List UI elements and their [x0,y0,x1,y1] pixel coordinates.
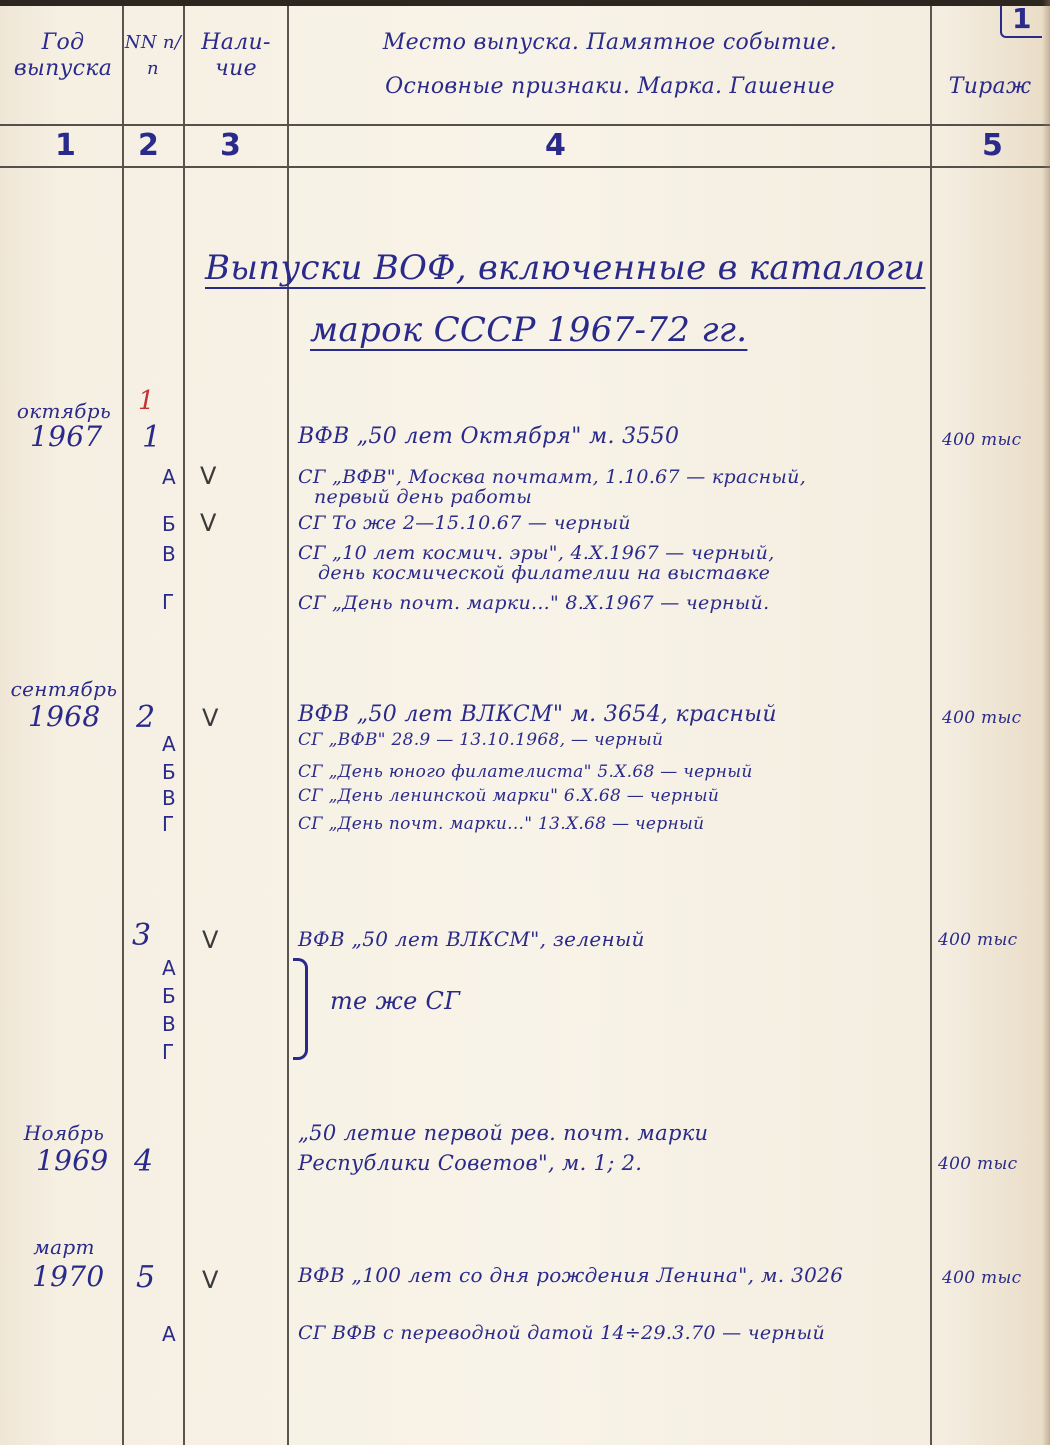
entry-description: ВФВ „50 лет ВЛКСМ" м. 3654, красный [298,704,777,726]
column-number-3: 3 [220,128,241,163]
cancellation-letter: А [162,956,176,980]
availability-check: V [200,462,217,490]
entry-number: 4 [134,1144,153,1179]
section-title-line1: Выпуски ВОФ, включенные в каталоги [205,248,925,288]
entry-print-run: 400 тыс [942,1268,1021,1288]
entry-print-run: 400 тыс [942,430,1021,450]
column-divider [287,6,289,1445]
header-description-line1: Место выпуска. Памятное событие. [290,30,930,56]
cancellation-letter: А [162,465,176,489]
availability-check: V [200,509,217,537]
column-divider [183,6,185,1445]
entry-description-cont: Республики Советов", м. 1; 2. [298,1152,642,1174]
entry-number: 5 [136,1260,155,1295]
page-number: 1 [1012,2,1032,35]
cancellation-letter: В [162,786,176,810]
column-divider [122,6,124,1445]
entry-month: март [10,1234,118,1260]
cancellation-letter: А [162,732,176,756]
cancellation-text-cont: первый день работы [314,486,532,508]
availability-check: V [202,704,219,732]
entry-month: Ноябрь [10,1120,118,1146]
cancellation-text: СГ „День почт. марки..." 8.X.1967 — черн… [298,592,769,614]
column-number-4: 4 [545,128,566,163]
grouped-note: те же СГ [330,990,460,1012]
cancellation-letter: Б [162,984,176,1008]
cancellation-letter: Г [162,1040,175,1064]
entry-month: сентябрь [10,676,118,702]
cancellation-letter: В [162,542,176,566]
entry-year: 1970 [32,1260,104,1293]
entry-description: ВФВ „50 лет Октября" м. 3550 [298,426,679,448]
cancellation-letter: В [162,1012,176,1036]
cancellation-text: СГ „День ленинской марки" 6.X.68 — черны… [298,786,719,806]
entry-print-run: 400 тыс [938,1154,1017,1174]
cancellation-text: СГ „ВФВ" 28.9 — 13.10.1968, — черный [298,730,663,750]
cancellation-text: СГ ВФВ с переводной датой 14÷29.3.70 — ч… [298,1322,825,1344]
entry-year: 1967 [30,420,102,453]
section-title-line2: марок СССР 1967-72 гг. [310,310,747,350]
cancellation-letter: Б [162,512,176,536]
column-divider [930,6,932,1445]
cancellation-text: СГ „ВФВ", Москва почтамт, 1.10.67 — крас… [298,466,806,488]
header-year: Год выпуска [8,30,118,82]
header-number: NN п/п [124,30,182,82]
entry-description: ВФВ „50 лет ВЛКСМ", зеленый [298,928,645,950]
cancellation-letter: А [162,1322,176,1346]
cancellation-text: СГ „День почт. марки..." 13.X.68 — черны… [298,814,704,834]
cancellation-text: СГ „10 лет космич. эры", 4.X.1967 — черн… [298,542,775,564]
cancellation-text: СГ „День юного филателиста" 5.X.68 — чер… [298,762,753,782]
entry-year: 1969 [36,1144,108,1177]
margin-note: 1 [138,386,155,416]
cancellation-letter: Г [162,812,175,836]
header-availability: Нали-чие [186,30,286,82]
notebook-page: Год выпуска NN п/п Нали-чие Место выпуск… [0,0,1050,1445]
availability-check: V [202,1266,219,1294]
header-description-line2: Основные признаки. Марка. Гашение [290,74,930,100]
entry-number: 2 [136,700,155,735]
column-number-5: 5 [982,128,1003,163]
column-number-1: 1 [55,128,76,163]
brace-grouping [293,958,308,1060]
header-rule [0,124,1050,126]
header-print-run: Тираж [934,74,1046,100]
entry-print-run: 400 тыс [942,708,1021,728]
availability-check: V [202,926,219,954]
entry-number: 3 [132,918,151,953]
page-number-box: 1 [1000,6,1042,38]
entry-description: „50 летие первой рев. почт. марки [298,1122,708,1144]
cancellation-text: СГ То же 2—15.10.67 — черный [298,512,631,534]
entry-year: 1968 [28,700,100,733]
cancellation-letter: Г [162,590,175,614]
entry-number: 1 [142,420,161,455]
entry-print-run: 400 тыс [938,930,1017,950]
cancellation-letter: Б [162,760,176,784]
header-rule [0,166,1050,168]
cancellation-text-cont: день космической филателии на выставке [318,562,770,584]
entry-description: ВФВ „100 лет со дня рождения Ленина", м.… [298,1264,843,1286]
column-number-2: 2 [138,128,159,163]
